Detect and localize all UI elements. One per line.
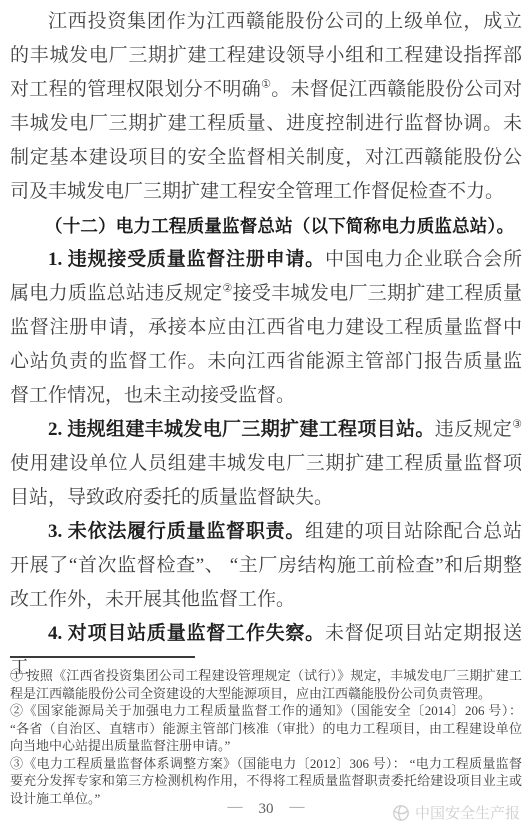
publisher-watermark: 中国安全生产报 — [392, 802, 520, 823]
paragraph-item-1: 1. 违规接受质量监督注册申请。中国电力企业联合会所属电力质监总站违反规定②接受… — [10, 243, 522, 413]
bold-text-run: 1. 违规接受质量监督注册申请。 — [48, 249, 325, 270]
paragraph-item-2: 2. 违规组建丰城发电厂三期扩建工程项目站。违反规定③使用建设单位人员组建丰城发… — [10, 413, 522, 515]
page-number-dash: — — [228, 799, 243, 815]
document-body: 江西投资集团作为江西赣能股份公司的上级单位，成立的丰城发电厂三期扩建工程建设领导… — [10, 5, 522, 685]
document-page: 江西投资集团作为江西赣能股份公司的上级单位，成立的丰城发电厂三期扩建工程建设领导… — [0, 0, 532, 835]
text-run: 使用建设单位人员组建丰城发电厂三期扩建工程质量监督项目站，导致政府委托的质量监督… — [10, 453, 522, 508]
footnote-1: ① 按照《江西省投资集团公司工程建设管理规定（试行）》规定，丰城发电厂三期扩建工… — [10, 667, 522, 702]
footnote-separator — [10, 656, 195, 658]
footnote-block: ① 按照《江西省投资集团公司工程建设管理规定（试行）》规定，丰城发电厂三期扩建工… — [10, 656, 522, 807]
bold-text-run: 3. 未依法履行质量监督职责。 — [48, 521, 305, 542]
watermark-text: 中国安全生产报 — [415, 802, 520, 823]
footnote-3: ③《电力工程质量监督体系调整方案》（国能电力〔2012〕306 号）： “电力工… — [10, 755, 522, 808]
paragraph-item-3: 3. 未依法履行质量监督职责。组建的项目站除配合总站开展了“首次监督检查”、 “… — [10, 515, 522, 617]
bold-text-run: （十二）电力工程质量监督总站（以下简称电力质监总站）。 — [45, 216, 514, 236]
page-number-dash: — — [290, 799, 305, 815]
footnote-marker: ② — [222, 283, 232, 295]
page-footer: —30— 中国安全生产报 — [0, 801, 532, 825]
globe-logo-icon — [392, 804, 410, 822]
footnote-2: ②《国家能源局关于加强电力工程质量监督工作的通知》（国能安全〔2014〕206 … — [10, 702, 522, 755]
footnote-marker: ③ — [512, 419, 522, 431]
text-run: 违反规定 — [435, 419, 512, 440]
bold-text-run: 4. 对项目站质量监督工作失察。 — [48, 623, 325, 644]
page-number-value: 30 — [259, 801, 274, 817]
footnote-marker: ① — [261, 79, 271, 91]
paragraph-intro: 江西投资集团作为江西赣能股份公司的上级单位，成立的丰城发电厂三期扩建工程建设领导… — [10, 5, 522, 209]
footnotes: ① 按照《江西省投资集团公司工程建设管理规定（试行）》规定，丰城发电厂三期扩建工… — [10, 667, 522, 807]
bold-text-run: 2. 违规组建丰城发电厂三期扩建工程项目站。 — [48, 419, 435, 440]
heading-section-12: （十二）电力工程质量监督总站（以下简称电力质监总站）。 — [10, 209, 522, 243]
